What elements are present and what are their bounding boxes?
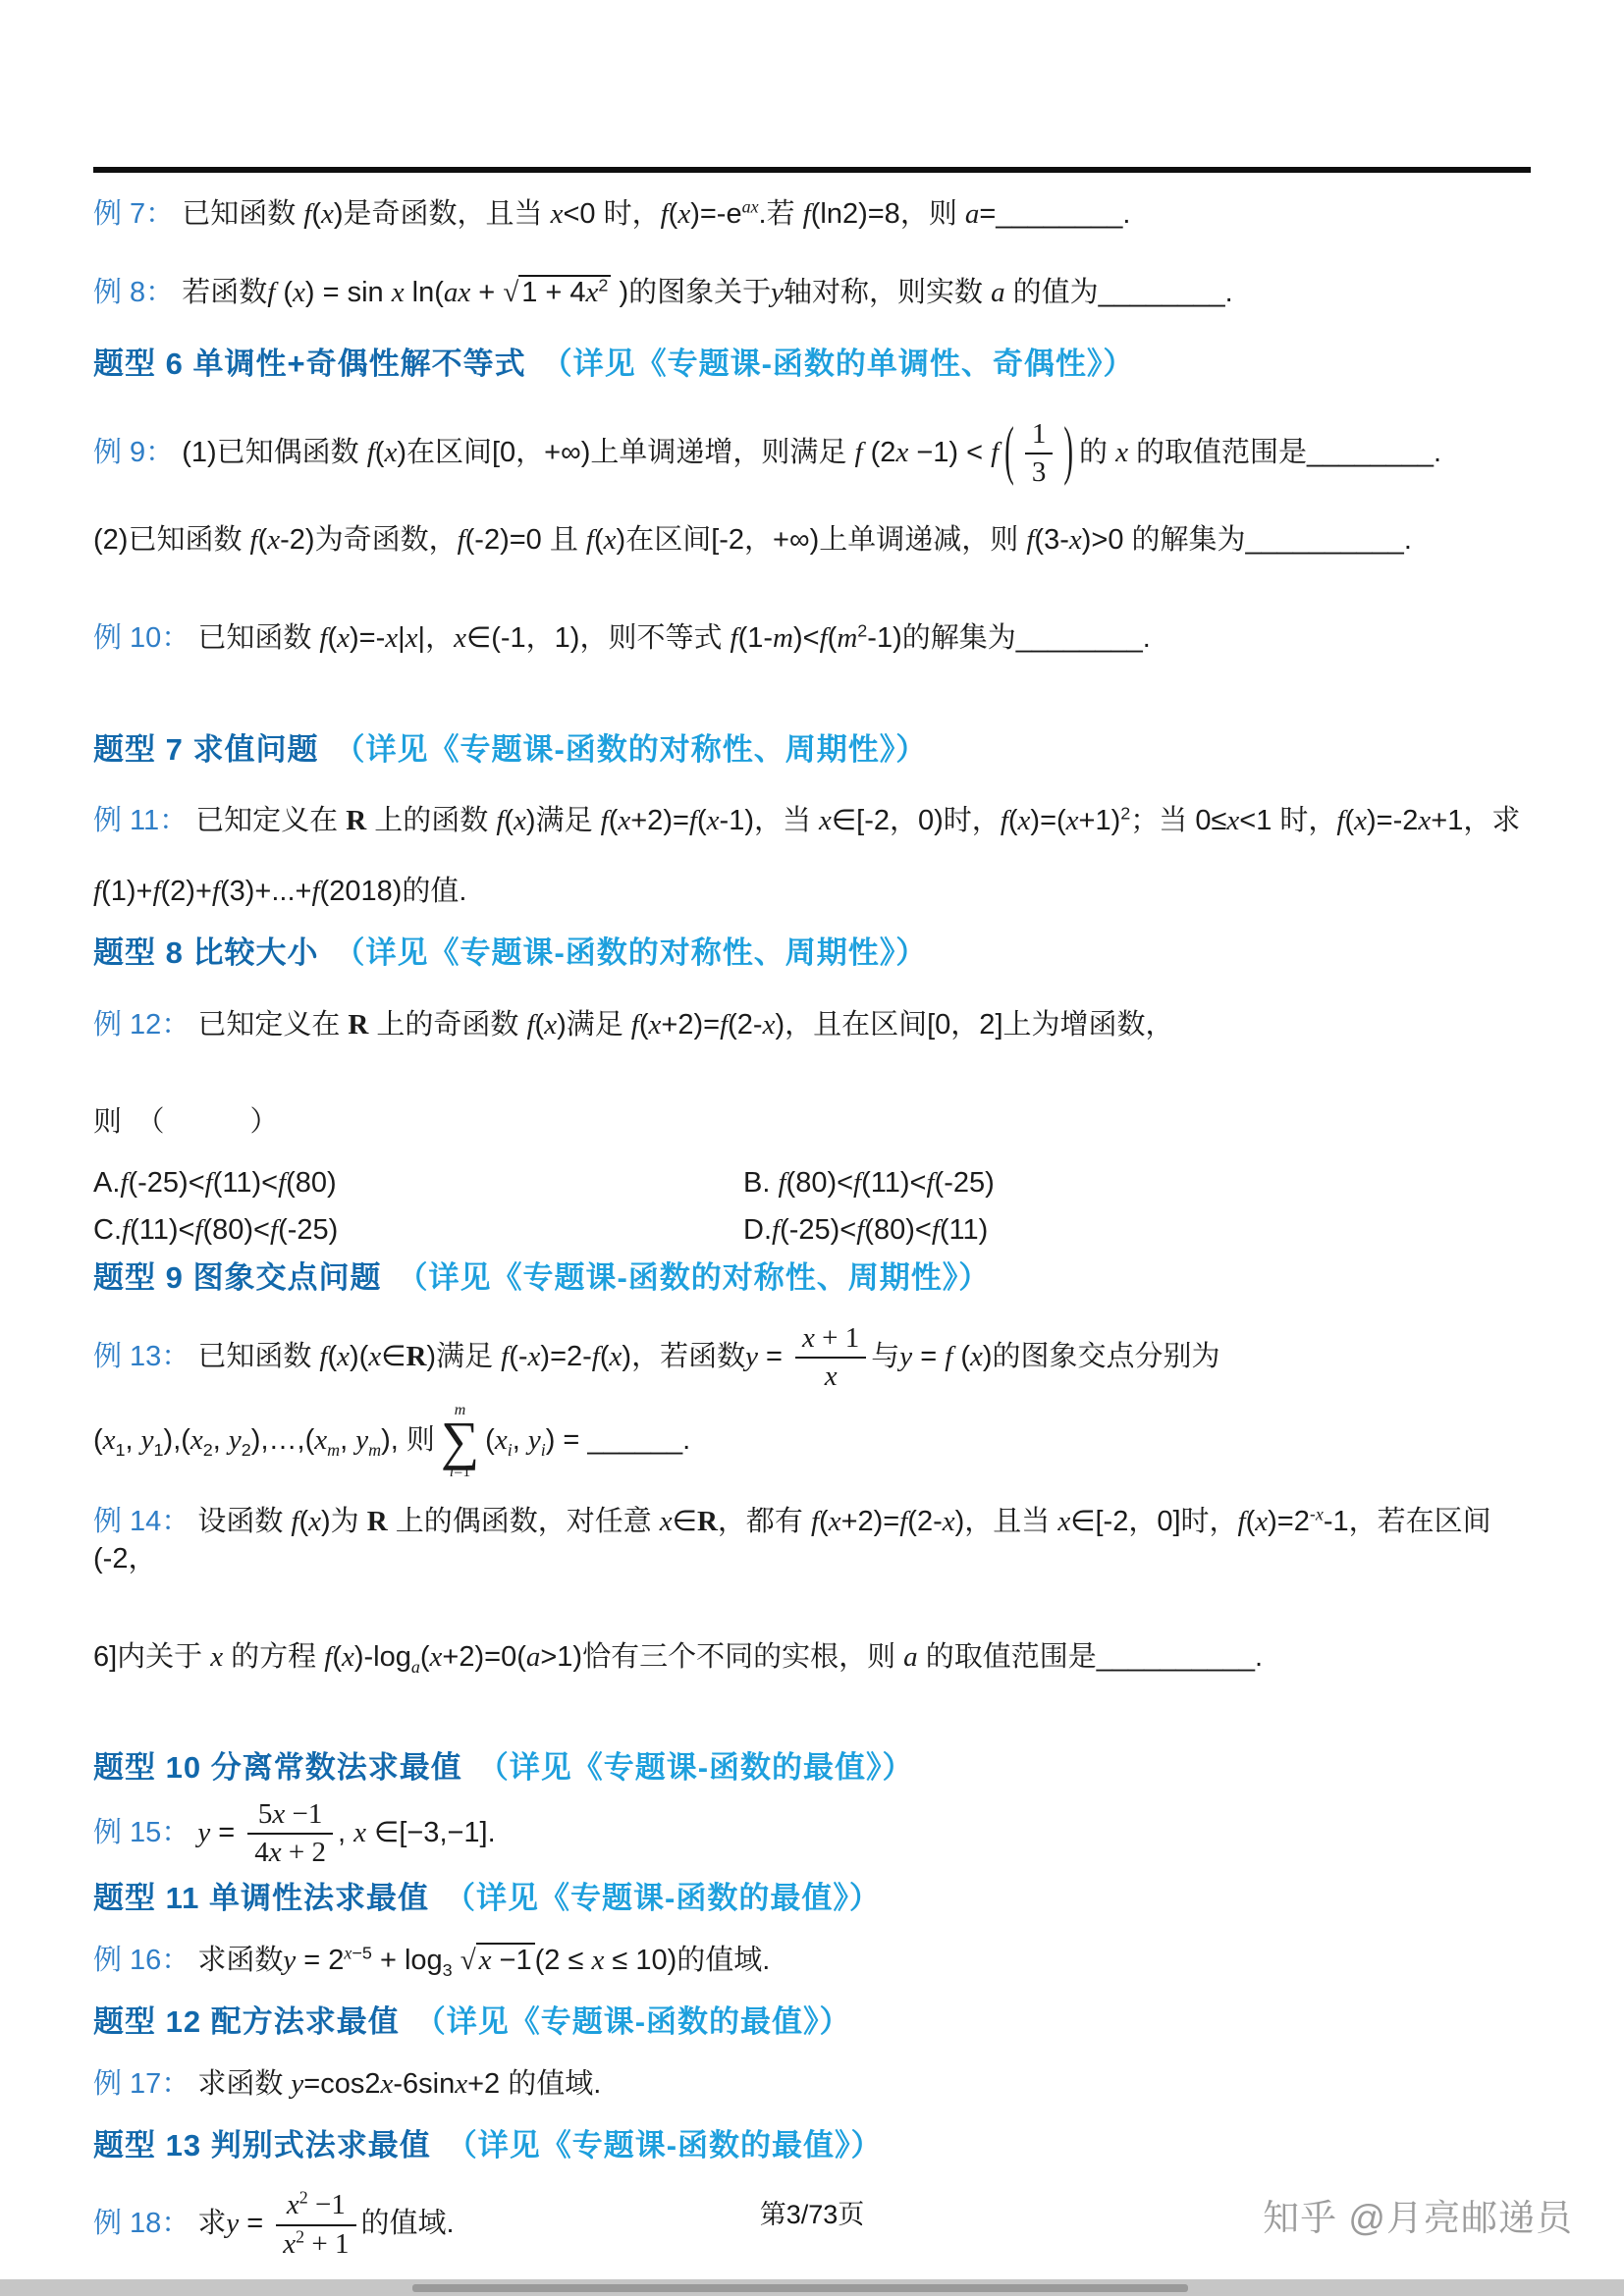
line-text: 已知函数 f(x)=-x|x|，x∈(-1，1)，则不等式 f(1-m)<f(m… (197, 622, 1150, 654)
topic-ref-link: （详见《专题课-函数的对称性、周期性》） (334, 732, 927, 767)
line-text: 已知函数 f(x)(x∈R)满足 f(-x)=2-f(x)，若函数y = x +… (197, 1341, 1219, 1372)
option-C: C.f(11)<f(80)<f(-25) (93, 1212, 743, 1250)
example-7: 例 7：已知函数 f(x)是奇函数，且当 x<0 时，f(x)=-eax.若 f… (93, 196, 1542, 234)
topic-ref-link: （详见《专题课-函数的最值》） (445, 1881, 881, 1915)
example-15: 例 15：y = 5x −14x + 2, x ∈[−3,−1]. (93, 1798, 1542, 1870)
line-text: (x1, y1),(x2, y2),…,(xm, ym), 则m∑i=1(xi,… (93, 1424, 690, 1456)
topic-ref-link: （详见《专题课-函数的对称性、周期性》） (397, 1260, 990, 1295)
document-page: 例 7：已知函数 f(x)是奇函数，且当 x<0 时，f(x)=-eax.若 f… (0, 0, 1624, 2296)
topic-ref-link: （详见《专题课-函数的最值》） (447, 2128, 883, 2163)
topic-title: 题型 11 单调性法求最值 (93, 1881, 429, 1915)
topic-ref-link: （详见《专题课-函数的最值》） (478, 1750, 914, 1785)
topic-13: 题型 13 判别式法求最值（详见《专题课-函数的最值》） (93, 2126, 1542, 2165)
line-text: 已知定义在 R 上的函数 f(x)满足 f(x+2)=f(x-1)，当 x∈[-… (195, 805, 1520, 836)
example-17: 例 17：求函数 y=cos2x-6sinx+2 的值域. (93, 2066, 1542, 2104)
topic-12: 题型 12 配方法求最值（详见《专题课-函数的最值》） (93, 2002, 1542, 2042)
example-label: 例 8： (93, 277, 174, 308)
example-13-cont: (x1, y1),(x2, y2),…,(xm, ym), 则m∑i=1(xi,… (93, 1403, 1542, 1480)
example-10: 例 10：已知函数 f(x)=-x|x|，x∈(-1，1)，则不等式 f(1-m… (93, 620, 1542, 658)
topic-title: 题型 10 分离常数法求最值 (93, 1750, 462, 1785)
topic-7: 题型 7 求值问题（详见《专题课-函数的对称性、周期性》） (93, 730, 1542, 770)
example-13: 例 13：已知函数 f(x)(x∈R)满足 f(-x)=2-f(x)，若函数y … (93, 1322, 1542, 1394)
topic-title: 题型 13 判别式法求最值 (93, 2128, 431, 2163)
topic-title: 题型 7 求值问题 (93, 732, 318, 767)
options-row-cd: C.f(11)<f(80)<f(-25)D.f(-25)<f(80)<f(11) (93, 1212, 1542, 1250)
option-B: B. f(80)<f(11)<f(-25) (743, 1165, 995, 1202)
line-text: 求函数y = 2x−5 + log3 √x −1(2 ≤ x ≤ 10)的值域. (197, 1945, 770, 1976)
top-divider (93, 167, 1531, 173)
line-text: 若函数f (x) = sin x ln(ax + √1 + 4x2 )的图象关于… (182, 275, 1233, 308)
topic-ref-link: （详见《专题课-函数的最值》） (415, 2004, 851, 2039)
example-9: 例 9：(1)已知偶函数 f(x)在区间[0，+∞)上单调递增，则满足 f (2… (93, 418, 1542, 490)
line-text: 6]内关于 x 的方程 f(x)-loga(x+2)=0(a>1)恰有三个不同的… (93, 1641, 1263, 1673)
topic-8: 题型 8 比较大小（详见《专题课-函数的对称性、周期性》） (93, 934, 1542, 973)
topic-6: 题型 6 单调性+奇偶性解不等式（详见《专题课-函数的单调性、奇偶性》） (93, 345, 1542, 384)
option-D: D.f(-25)<f(80)<f(11) (743, 1212, 988, 1250)
topic-10: 题型 10 分离常数法求最值（详见《专题课-函数的最值》） (93, 1748, 1542, 1788)
example-label: 例 14： (93, 1506, 189, 1537)
next-page-edge (412, 2284, 1188, 2292)
example-8: 例 8：若函数f (x) = sin x ln(ax + √1 + 4x2 )的… (93, 275, 1542, 312)
example-label: 例 10： (93, 622, 189, 654)
line-text: 已知定义在 R 上的奇函数 f(x)满足 f(x+2)=f(2-x)，且在区间[… (197, 1009, 1173, 1041)
content: 例 7：已知函数 f(x)是奇函数，且当 x<0 时，f(x)=-eax.若 f… (93, 196, 1542, 2296)
example-12-cont: 则 （ ） (93, 1104, 1542, 1142)
example-label: 例 9： (93, 437, 174, 468)
option-A: A.f(-25)<f(11)<f(80) (93, 1165, 743, 1202)
example-14: 例 14：设函数 f(x)为 R 上的偶函数，对任意 x∈R，都有 f(x+2)… (93, 1504, 1542, 1577)
topic-title: 题型 6 单调性+奇偶性解不等式 (93, 347, 526, 381)
watermark: 知乎 @月亮邮递员 (1263, 2188, 1573, 2241)
example-label: 例 13： (93, 1341, 189, 1372)
example-label: 例 7： (93, 198, 174, 230)
topic-title: 题型 9 图象交点问题 (93, 1260, 381, 1295)
topic-ref-link: （详见《专题课-函数的单调性、奇偶性》） (542, 347, 1135, 381)
example-16: 例 16：求函数y = 2x−5 + log3 √x −1(2 ≤ x ≤ 10… (93, 1943, 1542, 1980)
example-14-cont: 6]内关于 x 的方程 f(x)-loga(x+2)=0(a>1)恰有三个不同的… (93, 1639, 1542, 1677)
line-text: 则 （ ） (93, 1106, 279, 1138)
line-text: (1)已知偶函数 f(x)在区间[0，+∞)上单调递增，则满足 f (2x −1… (182, 437, 1441, 468)
options-row-ab: A.f(-25)<f(11)<f(80)B. f(80)<f(11)<f(-25… (93, 1165, 1542, 1202)
line-text: 设函数 f(x)为 R 上的偶函数，对任意 x∈R，都有 f(x+2)=f(2-… (93, 1506, 1491, 1575)
example-11: 例 11：已知定义在 R 上的函数 f(x)满足 f(x+2)=f(x-1)，当… (93, 803, 1542, 840)
example-label: 例 11： (93, 805, 188, 836)
topic-title: 题型 8 比较大小 (93, 935, 318, 970)
example-label: 例 17： (93, 2068, 189, 2100)
topic-9: 题型 9 图象交点问题（详见《专题课-函数的对称性、周期性》） (93, 1258, 1542, 1298)
topic-title: 题型 12 配方法求最值 (93, 2004, 400, 2039)
line-text: 已知函数 f(x)是奇函数，且当 x<0 时，f(x)=-eax.若 f(ln2… (182, 198, 1130, 230)
example-11-cont: f(1)+f(2)+f(3)+...+f(2018)的值. (93, 874, 1542, 911)
example-label: 例 16： (93, 1945, 189, 1976)
topic-11: 题型 11 单调性法求最值（详见《专题课-函数的最值》） (93, 1879, 1542, 1918)
example-12: 例 12：已知定义在 R 上的奇函数 f(x)满足 f(x+2)=f(2-x)，… (93, 1007, 1542, 1044)
example-label: 例 12： (93, 1009, 189, 1041)
line-text: (2)已知函数 f(x-2)为奇函数，f(-2)=0 且 f(x)在区间[-2，… (93, 524, 1412, 556)
line-text: f(1)+f(2)+f(3)+...+f(2018)的值. (93, 876, 466, 907)
example-label: 例 15： (93, 1817, 189, 1848)
line-text: y = 5x −14x + 2, x ∈[−3,−1]. (197, 1817, 495, 1848)
topic-ref-link: （详见《专题课-函数的对称性、周期性》） (334, 935, 927, 970)
line-text: 求函数 y=cos2x-6sinx+2 的值域. (197, 2068, 601, 2100)
example-9-part2: (2)已知函数 f(x-2)为奇函数，f(-2)=0 且 f(x)在区间[-2，… (93, 522, 1542, 560)
